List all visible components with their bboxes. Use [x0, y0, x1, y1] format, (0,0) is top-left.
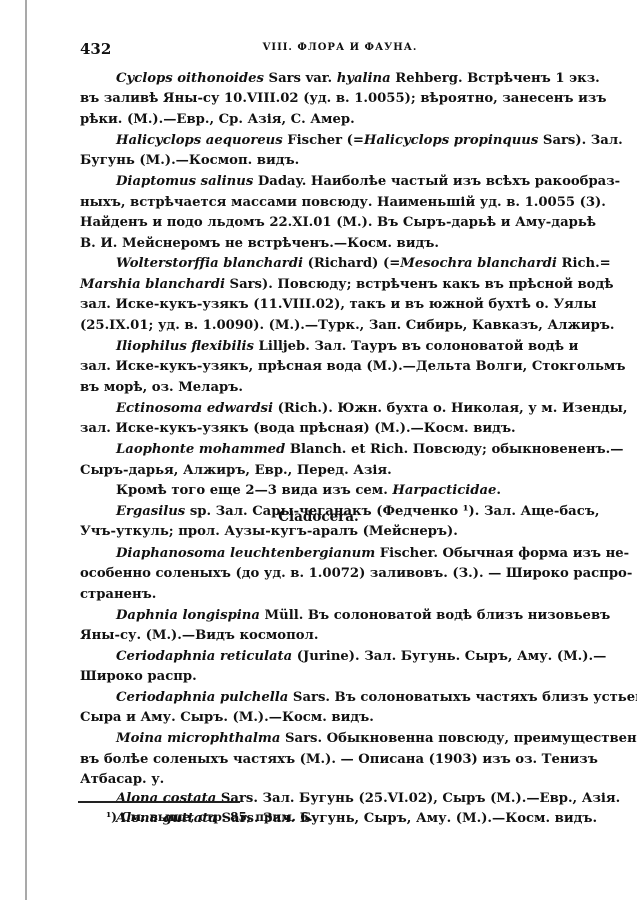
- text-run: (Richard) (=: [303, 256, 400, 271]
- taxon-name: Diaphanosoma leuchtenbergianum: [116, 546, 375, 561]
- text-run: Rehberg. Встрѣченъ 1 экз.: [391, 71, 600, 86]
- text-line: Laophonte mohammed Blanch. et Rich. Повс…: [116, 441, 558, 459]
- text-run: Fischer. Обычная форма изъ не-: [375, 546, 629, 561]
- taxon-name: Harpacticidae: [392, 483, 496, 498]
- text-run: Сыръ-дарья, Алжиръ, Евр., Перед. Азія.: [80, 463, 392, 478]
- taxon-name: Halicyclops aequoreus: [116, 133, 283, 148]
- taxon-name: Halicyclops propinquus: [364, 133, 538, 148]
- text-line: Сыръ-дарья, Алжиръ, Евр., Перед. Азія.: [80, 462, 558, 480]
- text-run: Sars. Въ солоноватыхъ частяхъ близъ усть…: [288, 690, 637, 705]
- taxon-name: Marshia blanchardi: [80, 277, 225, 292]
- taxon-name: Ceriodaphnia pulchella: [116, 690, 288, 705]
- text-line: особенно соленыхъ (до уд. в. 1.0072) зал…: [80, 565, 558, 583]
- text-run: Daday. Наиболѣе частый изъ всѣхъ ракообр…: [253, 174, 620, 189]
- text-line: В. И. Мейснеромъ не встрѣченъ.—Косм. вид…: [80, 235, 558, 253]
- text-line: Ectinosoma edwardsi (Rich.). Южн. бухта …: [116, 400, 558, 418]
- text-line: (25.IX.01; уд. в. 1.0090). (М.).—Турк., …: [80, 317, 558, 335]
- text-line: Атбасар. у.: [80, 771, 558, 789]
- text-line: въ болѣе соленыхъ частяхъ (М.). — Описан…: [80, 751, 558, 769]
- taxon-name: Diaptomus salinus: [116, 174, 253, 189]
- text-line: страненъ.: [80, 586, 558, 604]
- text-run: Широко распр.: [80, 669, 197, 684]
- text-line: Широко распр.: [80, 668, 558, 686]
- page-number: 432: [80, 40, 111, 58]
- text-line: Diaphanosoma leuchtenbergianum Fischer. …: [116, 545, 558, 563]
- taxon-name: Laophonte mohammed: [116, 442, 285, 457]
- taxon-name: Mesochra blanchardi: [400, 256, 557, 271]
- text-line: Яны-су. (М.).—Видъ космопол.: [80, 627, 558, 645]
- text-line: Alona costata Sars. Зал. Бугунь (25.VI.0…: [116, 790, 558, 808]
- text-line: Ceriodaphnia reticulata (Jurine). Зал. Б…: [116, 648, 558, 666]
- text-run: Сыра и Аму. Сыръ. (М.).—Косм. видъ.: [80, 710, 374, 725]
- text-run: рѣки. (М.).—Евр., Ср. Азія, С. Амер.: [80, 112, 355, 127]
- text-line: Marshia blanchardi Sars). Повсюду; встрѣ…: [80, 276, 558, 294]
- text-run: Бугунь (М.).—Космоп. видъ.: [80, 153, 299, 168]
- text-line: зал. Иске-кукъ-узякъ (вода прѣсная) (М.)…: [80, 420, 558, 438]
- text-run: (Rich.). Южн. бухта о. Николая, у м. Изе…: [273, 401, 627, 416]
- page-edge-rule: [25, 0, 27, 900]
- text-line: Diaptomus salinus Daday. Наиболѣе частый…: [116, 173, 558, 191]
- text-run: (Jurine). Зал. Бугунь. Сыръ, Аму. (М.).—: [292, 649, 606, 664]
- text-run: Fischer (=: [283, 133, 364, 148]
- taxon-name: Iliophilus flexibilis: [116, 339, 254, 354]
- taxon-name: Cyclops oithonoides: [116, 71, 264, 86]
- taxon-name: Ceriodaphnia reticulata: [116, 649, 292, 664]
- text-run: особенно соленыхъ (до уд. в. 1.0072) зал…: [80, 566, 632, 581]
- text-line: зал. Иске-кукъ-узякъ, прѣсная вода (М.).…: [80, 358, 558, 376]
- text-run: Атбасар. у.: [80, 772, 164, 787]
- taxon-name: Wolterstorffia blanchardi: [116, 256, 303, 271]
- text-run: Lilljeb. Зал. Тауръ въ солоноватой водѣ …: [254, 339, 578, 354]
- text-line: Сыра и Аму. Сыръ. (М.).—Косм. видъ.: [80, 709, 558, 727]
- text-line: Бугунь (М.).—Космоп. видъ.: [80, 152, 558, 170]
- text-line: въ заливѣ Яны-су 10.VIII.02 (уд. в. 1.00…: [80, 90, 558, 108]
- text-run: Blanch. et Rich. Повсюду; обыкновененъ.—: [285, 442, 623, 457]
- text-line: Cyclops oithonoides Sars var. hyalina Re…: [116, 70, 558, 88]
- text-line: Учъ-уткуль; прол. Аузы-кугъ-аралъ (Мейсн…: [80, 523, 558, 541]
- taxon-name: Alona costata: [116, 791, 216, 806]
- text-run: Учъ-уткуль; прол. Аузы-кугъ-аралъ (Мейсн…: [80, 524, 458, 539]
- text-run: .: [496, 483, 501, 498]
- text-run: (25.IX.01; уд. в. 1.0090). (М.).—Турк., …: [80, 318, 615, 333]
- text-run: Müll. Въ солоноватой водѣ близъ низовьев…: [260, 608, 610, 623]
- taxon-name: Ectinosoma edwardsi: [116, 401, 273, 416]
- text-run: зал. Иске-кукъ-узякъ, прѣсная вода (М.).…: [80, 359, 626, 374]
- text-run: Sars var.: [264, 71, 337, 86]
- text-run: Яны-су. (М.).—Видъ космопол.: [80, 628, 318, 643]
- taxon-name: Daphnia longispina: [116, 608, 260, 623]
- text-run: Rich.=: [557, 256, 611, 271]
- section-heading: Cladocera.: [0, 509, 637, 525]
- text-line: въ морѣ, оз. Меларъ.: [80, 379, 558, 397]
- text-run: Sars. Зал. Бугунь (25.VI.02), Сыръ (М.).…: [216, 791, 620, 806]
- text-line: зал. Иске-кукъ-узякъ (11.VIII.02), такъ …: [80, 296, 558, 314]
- text-run: въ болѣе соленыхъ частяхъ (М.). — Описан…: [80, 752, 598, 767]
- text-line: рѣки. (М.).—Евр., Ср. Азія, С. Амер.: [80, 111, 558, 129]
- text-line: Wolterstorffia blanchardi (Richard) (=Me…: [116, 255, 558, 273]
- text-run: страненъ.: [80, 587, 156, 602]
- text-run: В. И. Мейснеромъ не встрѣченъ.—Косм. вид…: [80, 236, 439, 251]
- text-line: Halicyclops aequoreus Fischer (=Halicycl…: [116, 132, 558, 150]
- text-line: Найденъ и подо льдомъ 22.XI.01 (М.). Въ …: [80, 214, 558, 232]
- text-run: Кромѣ того еще 2—3 вида изъ сем.: [116, 483, 392, 498]
- footnote-rule: [78, 801, 240, 803]
- running-head: VIII. ФЛОРА И ФАУНА.: [230, 42, 450, 53]
- text-line: Кромѣ того еще 2—3 вида изъ сем. Harpact…: [116, 482, 558, 500]
- footnote: ¹) См. выше, стр. 85, прим. 6.: [106, 810, 313, 824]
- text-line: Moina microphthalma Sars. Обыкновенна по…: [116, 730, 558, 748]
- text-run: Найденъ и подо льдомъ 22.XI.01 (М.). Въ …: [80, 215, 596, 230]
- text-line: Ceriodaphnia pulchella Sars. Въ солонова…: [116, 689, 558, 707]
- text-run: Sars. Обыкновенна повсюду, преимуществен…: [280, 731, 637, 746]
- taxon-name: Moina microphthalma: [116, 731, 280, 746]
- text-run: Sars). Зал.: [538, 133, 622, 148]
- text-run: зал. Иске-кукъ-узякъ (11.VIII.02), такъ …: [80, 297, 596, 312]
- text-run: зал. Иске-кукъ-узякъ (вода прѣсная) (М.)…: [80, 421, 516, 436]
- text-line: Iliophilus flexibilis Lilljeb. Зал. Таур…: [116, 338, 558, 356]
- text-line: Daphnia longispina Müll. Въ солоноватой …: [116, 607, 558, 625]
- text-run: ныхъ, встрѣчается массами повсюду. Наиме…: [80, 195, 606, 210]
- text-run: въ морѣ, оз. Меларъ.: [80, 380, 243, 395]
- taxon-name: hyalina: [337, 71, 391, 86]
- text-line: ныхъ, встрѣчается массами повсюду. Наиме…: [80, 194, 558, 212]
- text-run: въ заливѣ Яны-су 10.VIII.02 (уд. в. 1.00…: [80, 91, 606, 106]
- text-run: Sars). Повсюду; встрѣченъ какъ въ прѣсно…: [225, 277, 614, 292]
